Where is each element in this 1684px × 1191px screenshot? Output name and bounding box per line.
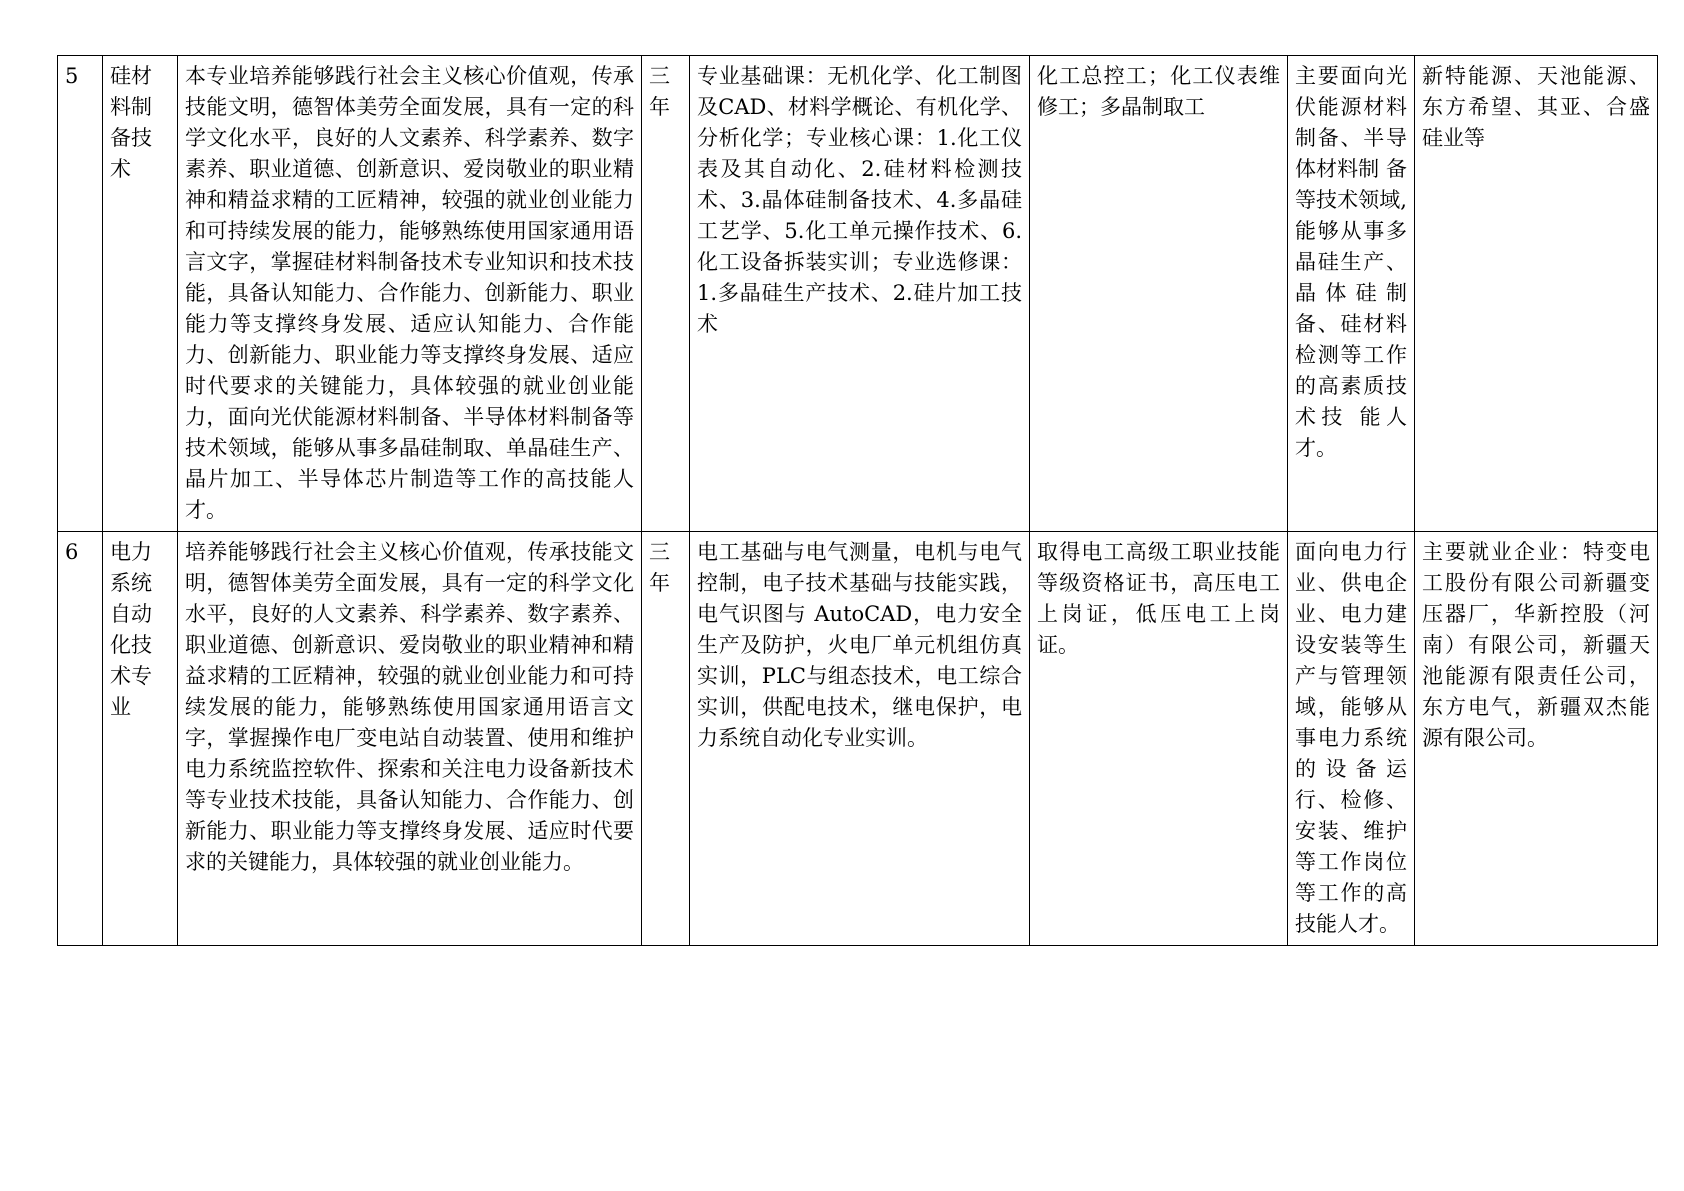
major-name-cell: 硅材 料制 备技 术 xyxy=(103,56,178,532)
companies-cell: 新特能源、天池能源、东方希望、其亚、合盛硅业等 xyxy=(1415,56,1658,532)
table-row: 5 硅材 料制 备技 术 本专业培养能够践行社会主义核心价值观，传承技能文明，德… xyxy=(58,56,1658,532)
courses-cell: 专业基础课：无机化学、化工制图及CAD、材料学概论、有机化学、分析化学；专业核心… xyxy=(690,56,1030,532)
employment-cell: 面向电力行业、供电企业、电力建设安装等生产与管理领域，能够从事电力系统的设备运行… xyxy=(1288,532,1415,946)
certificates-cell: 取得电工高级工职业技能等级资格证书，高压电工上岗证，低压电工上岗证。 xyxy=(1030,532,1288,946)
duration-cell: 三 年 xyxy=(642,532,690,946)
document-page: 5 硅材 料制 备技 术 本专业培养能够践行社会主义核心价值观，传承技能文明，德… xyxy=(0,0,1684,1191)
duration-cell: 三 年 xyxy=(642,56,690,532)
employment-cell: 主要面向光伏能源材料制备、半导体材料制 备等技术领域,能够从事多晶硅生产、晶体硅… xyxy=(1288,56,1415,532)
description-cell: 本专业培养能够践行社会主义核心价值观，传承技能文明，德智体美劳全面发展，具有一定… xyxy=(178,56,642,532)
row-number-cell: 6 xyxy=(58,532,103,946)
major-name-cell: 电力 系统 自动 化技 术专 业 xyxy=(103,532,178,946)
row-number-cell: 5 xyxy=(58,56,103,532)
majors-table: 5 硅材 料制 备技 术 本专业培养能够践行社会主义核心价值观，传承技能文明，德… xyxy=(57,55,1658,946)
companies-cell: 主要就业企业：特变电工股份有限公司新疆变压器厂，华新控股（河南）有限公司，新疆天… xyxy=(1415,532,1658,946)
description-cell: 培养能够践行社会主义核心价值观，传承技能文明，德智体美劳全面发展，具有一定的科学… xyxy=(178,532,642,946)
table-row: 6 电力 系统 自动 化技 术专 业 培养能够践行社会主义核心价值观，传承技能文… xyxy=(58,532,1658,946)
certificates-cell: 化工总控工；化工仪表维修工；多晶制取工 xyxy=(1030,56,1288,532)
courses-cell: 电工基础与电气测量，电机与电气控制，电子技术基础与技能实践，电气识图与 Auto… xyxy=(690,532,1030,946)
